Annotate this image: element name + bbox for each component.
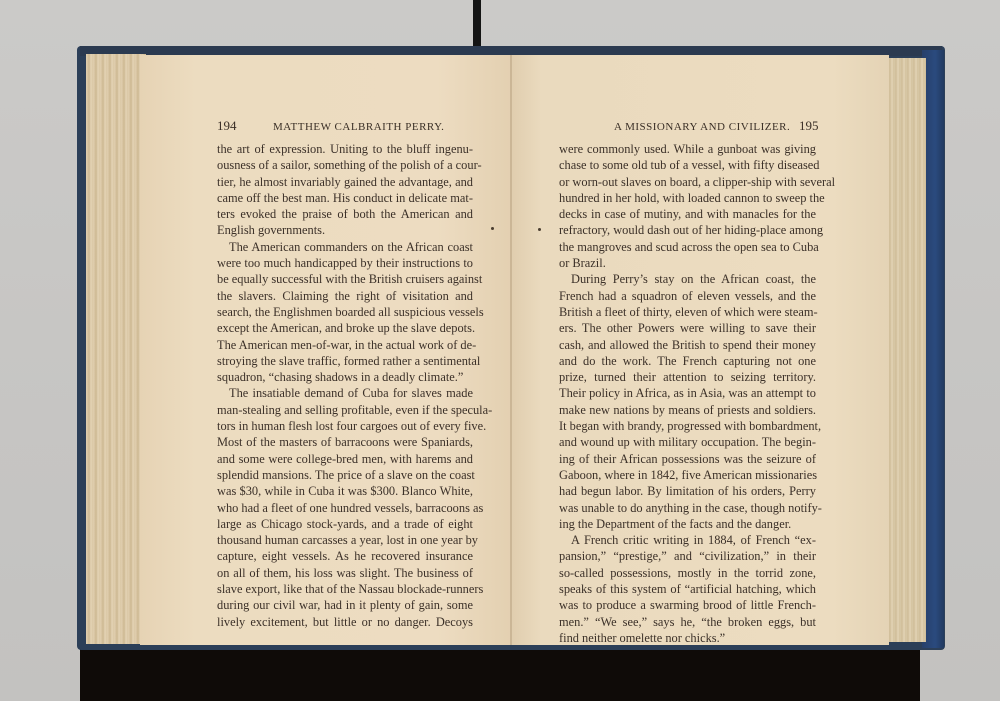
text-line: ing of their African possessions was the… <box>559 451 816 467</box>
text-line: decks in case of mutiny, and with manacl… <box>559 206 816 222</box>
text-line: the slavers. Claiming the right of visit… <box>217 288 473 304</box>
text-line: refractory, would dash out of her hiding… <box>559 222 816 238</box>
text-line: It began with brandy, progressed with bo… <box>559 418 816 434</box>
book-gutter <box>510 55 512 645</box>
text-line: stroying the slave traffic, formed rathe… <box>217 353 473 369</box>
text-line: or worn-out slaves on board, a clipper-s… <box>559 174 816 190</box>
right-page-number: 195 <box>799 118 819 134</box>
left-page-number: 194 <box>217 118 237 134</box>
page-stack-right <box>888 58 926 642</box>
text-line: were too much handicapped by their instr… <box>217 255 473 271</box>
left-running-head: MATTHEW CALBRAITH PERRY. <box>273 121 444 133</box>
text-line: prize, turned their attention to seizing… <box>559 369 816 385</box>
text-line: be equally successful with the British c… <box>217 271 473 287</box>
text-line: pansion,” “prestige,” and “civilization,… <box>559 548 816 564</box>
text-line: and wound up with military occupation. T… <box>559 434 816 450</box>
text-line: during our civil war, had in it plenty o… <box>217 597 473 613</box>
text-line: tors in human flesh lost four cargoes ou… <box>217 418 473 434</box>
right-page-text: were commonly used. While a gunboat was … <box>559 141 816 646</box>
text-line: make new nations by means of priests and… <box>559 402 816 418</box>
text-line: was to produce a swarming brood of littl… <box>559 597 816 613</box>
text-line: English governments. <box>217 222 473 238</box>
text-line: slave export, like that of the Nassau bl… <box>217 581 473 597</box>
text-line: The American men-of-war, in the actual w… <box>217 337 473 353</box>
text-line: ers. The other Powers were willing to sa… <box>559 320 816 336</box>
text-line: the mangroves and scud across the open s… <box>559 239 816 255</box>
text-line: men.” “We see,” says he, “the broken egg… <box>559 614 816 630</box>
paper-speck <box>491 227 494 230</box>
text-line: on all of them, his loss was slight. The… <box>217 565 473 581</box>
text-line: Most of the masters of barracoons were S… <box>217 434 473 450</box>
paper-speck <box>538 228 541 231</box>
text-line: was $30, while in Cuba it was $300. Blan… <box>217 483 473 499</box>
text-line: splendid mansions. The price of a slave … <box>217 467 473 483</box>
text-line: large as Chicago stock-yards, and a trad… <box>217 516 473 532</box>
text-line: hundred in her hold, with loaded cannon … <box>559 190 816 206</box>
text-line: came off the best man. His conduct in de… <box>217 190 473 206</box>
right-running-head: A MISSIONARY AND CIVILIZER. <box>614 121 790 133</box>
text-line: ters evoked the praise of both the Ameri… <box>217 206 473 222</box>
text-line: ousness of a sailor, something of the po… <box>217 157 473 173</box>
text-line: capture, eight vessels. As he recovered … <box>217 548 473 564</box>
left-page-text: the art of expression. Uniting to the bl… <box>217 141 473 630</box>
text-line: During Perry’s stay on the African coast… <box>559 271 816 287</box>
text-line: find neither omelette nor chicks.” <box>559 630 816 646</box>
text-line: thousand human carcasses a year, lost in… <box>217 532 473 548</box>
text-line: lively excitement, but little or no dang… <box>217 614 473 630</box>
text-line: The insatiable demand of Cuba for slaves… <box>217 385 473 401</box>
text-line: squadron, “chasing shadows in a deadly c… <box>217 369 473 385</box>
text-line: ing the Department of the facts and the … <box>559 516 816 532</box>
text-line: man-stealing and selling profitable, eve… <box>217 402 473 418</box>
text-line: was unable to do anything in the case, t… <box>559 500 816 516</box>
page-stack-left <box>86 54 146 644</box>
text-line: tier, he almost invariably gained the ad… <box>217 174 473 190</box>
text-line: A French critic writing in 1884, of Fren… <box>559 532 816 548</box>
text-line: and some were college-bred men, with har… <box>217 451 473 467</box>
text-line: were commonly used. While a gunboat was … <box>559 141 816 157</box>
text-line: except the American, and broke up the sl… <box>217 320 473 336</box>
text-line: Gaboon, where in 1842, five American mis… <box>559 467 816 483</box>
text-line: French had a squadron of eleven vessels,… <box>559 288 816 304</box>
text-line: who had a fleet of one hundred vessels, … <box>217 500 473 516</box>
text-line: or Brazil. <box>559 255 816 271</box>
text-line: The American commanders on the African c… <box>217 239 473 255</box>
text-line: and do the work. The French capturing no… <box>559 353 816 369</box>
text-line: cash, and allowed the British to spend t… <box>559 337 816 353</box>
text-line: Their policy in Africa, as in Asia, was … <box>559 385 816 401</box>
book-holder-rod <box>473 0 481 52</box>
text-line: speaks of this system of “artificial hat… <box>559 581 816 597</box>
text-line: had begun labor. By limitation of his or… <box>559 483 816 499</box>
text-line: the art of expression. Uniting to the bl… <box>217 141 473 157</box>
text-line: British a fleet of thirty, eleven of whi… <box>559 304 816 320</box>
text-line: so-called possessions, mostly in the tor… <box>559 565 816 581</box>
text-line: search, the Englishmen boarded all suspi… <box>217 304 473 320</box>
text-line: chase to some old tub of a vessel, with … <box>559 157 816 173</box>
